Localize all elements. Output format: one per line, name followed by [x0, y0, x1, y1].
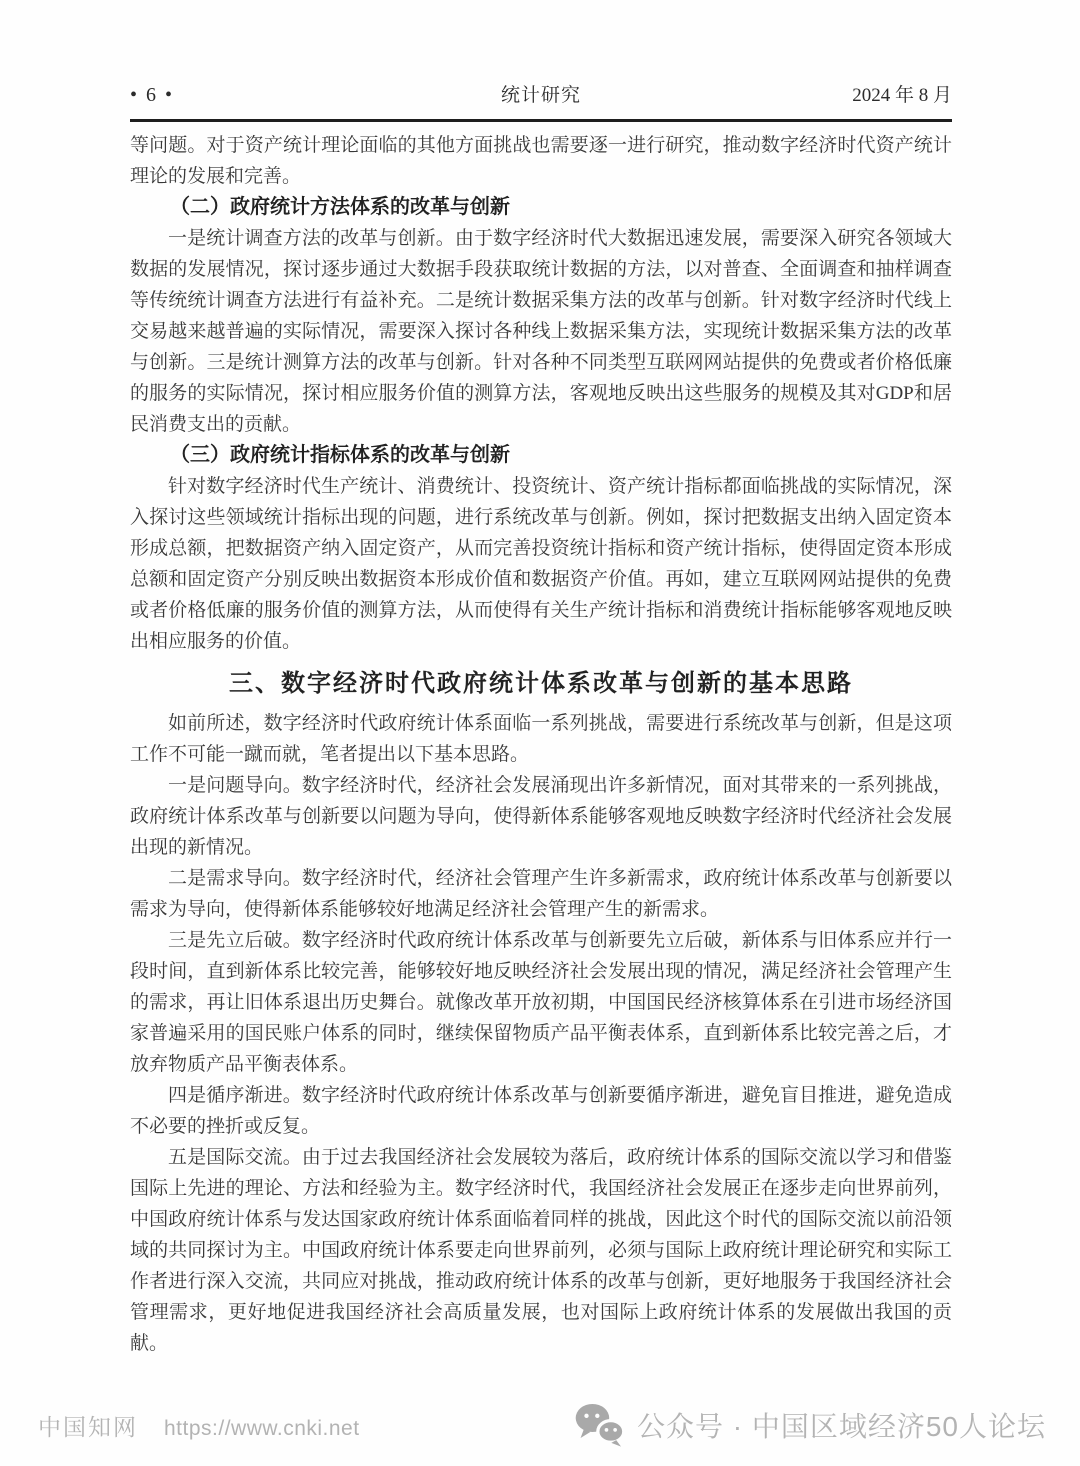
- paragraph: 一是问题导向。数字经济时代，经济社会发展涌现出许多新情况，面对其带来的一系列挑战…: [130, 770, 952, 863]
- paragraph: 三是先立后破。数字经济时代政府统计体系改革与创新要先立后破，新体系与旧体系应并行…: [130, 925, 952, 1080]
- journal-page: • 6 • 统计研究 2024 年 8 月 等问题。对于资产统计理论面临的其他方…: [0, 0, 1080, 1466]
- article-body: 等问题。对于资产统计理论面临的其他方面挑战也需要逐一进行研究，推动数字经济时代资…: [130, 130, 952, 1359]
- issue-date: 2024 年 8 月: [678, 80, 952, 107]
- wechat-watermark: 公众号 · 中国区域经济50人论坛: [573, 1402, 1046, 1448]
- page-footer: 中国知网 https://www.cnki.net 公众号 · 中国区域经济50: [38, 1402, 1046, 1448]
- wechat-icon: [573, 1402, 627, 1448]
- cnki-watermark: 中国知网 https://www.cnki.net: [38, 1409, 360, 1442]
- paragraph: 针对数字经济时代生产统计、消费统计、投资统计、资产统计指标都面临挑战的实际情况，…: [130, 471, 952, 657]
- paragraph: 五是国际交流。由于过去我国经济社会发展较为落后，政府统计体系的国际交流以学习和借…: [130, 1142, 952, 1359]
- wechat-account-label: 公众号 · 中国区域经济50人论坛: [637, 1405, 1046, 1445]
- cnki-source-url: https://www.cnki.net: [164, 1417, 360, 1441]
- section-heading: 三、数字经济时代政府统计体系改革与创新的基本思路: [130, 668, 952, 699]
- paragraph: 如前所述，数字经济时代政府统计体系面临一系列挑战，需要进行系统改革与创新，但是这…: [130, 708, 952, 770]
- subheading-3: （三）政府统计指标体系的改革与创新: [130, 440, 952, 471]
- paragraph-continuation: 等问题。对于资产统计理论面临的其他方面挑战也需要逐一进行研究，推动数字经济时代资…: [130, 130, 952, 192]
- paragraph: 四是循序渐进。数字经济时代政府统计体系改革与创新要循序渐进，避免盲目推进，避免造…: [130, 1080, 952, 1142]
- subheading-2: （二）政府统计方法体系的改革与创新: [130, 192, 952, 223]
- page-header: • 6 • 统计研究 2024 年 8 月: [130, 80, 952, 122]
- journal-title: 统计研究: [404, 80, 678, 107]
- cnki-source-name: 中国知网: [38, 1409, 138, 1442]
- paragraph: 一是统计调查方法的改革与创新。由于数字经济时代大数据迅速发展，需要深入研究各领域…: [130, 223, 952, 440]
- page-number: • 6 •: [130, 84, 404, 107]
- paragraph: 二是需求导向。数字经济时代，经济社会管理产生许多新需求，政府统计体系改革与创新要…: [130, 863, 952, 925]
